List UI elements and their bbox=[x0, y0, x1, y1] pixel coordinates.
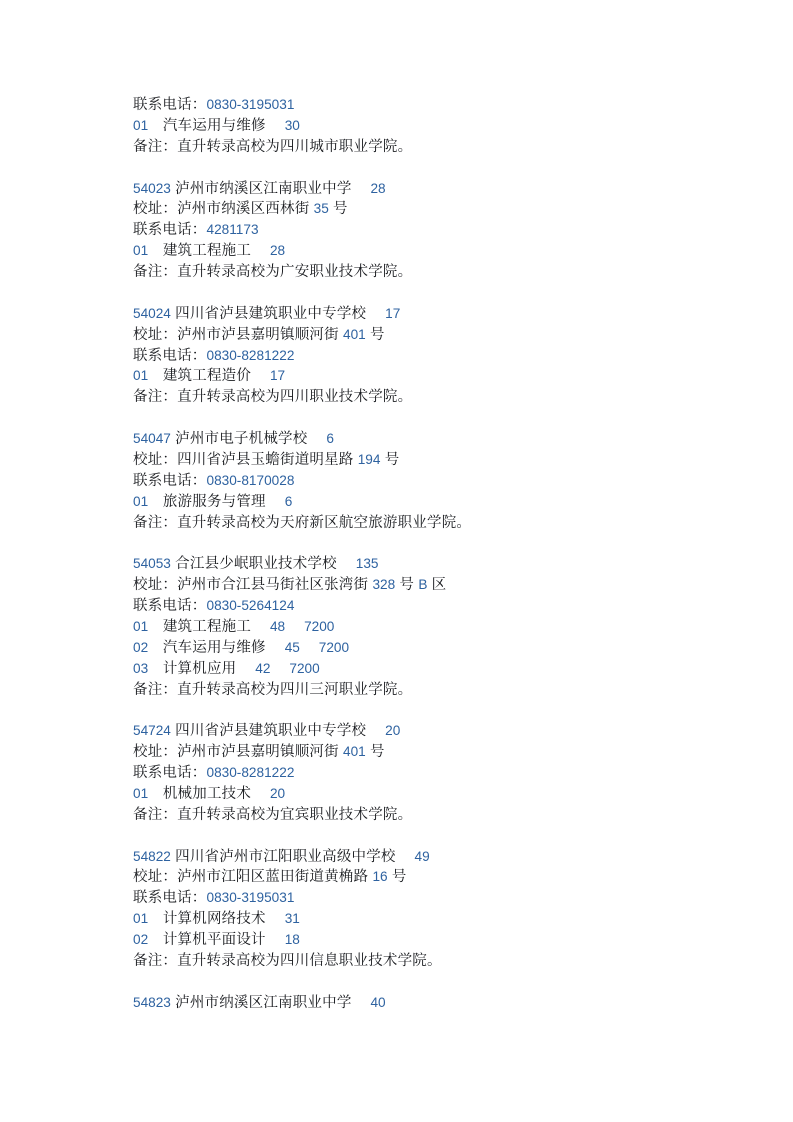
document-page: 联系电话：0830-319503101 汽车运用与维修 30备注：直升转录高校为… bbox=[0, 0, 793, 1122]
text-line: 校址：四川省泸县玉蟾街道明星路 194 号 bbox=[133, 450, 693, 471]
text-line: 校址：泸州市纳溪区西林街 35 号 bbox=[133, 199, 693, 220]
text-line: 校址：泸州市江阳区蓝田街道黄桷路 16 号 bbox=[133, 867, 693, 888]
text-line: 备注：直升转录高校为四川职业技术学院。 bbox=[133, 387, 693, 408]
school-block: 54047 泸州市电子机械学校 6校址：四川省泸县玉蟾街道明星路 194 号联系… bbox=[133, 429, 693, 533]
school-block: 54822 四川省泸州市江阳职业高级中学校 49校址：泸州市江阳区蓝田街道黄桷路… bbox=[133, 847, 693, 972]
blank-line bbox=[133, 700, 693, 721]
text-line: 联系电话：0830-5264124 bbox=[133, 596, 693, 617]
text-line: 01 旅游服务与管理 6 bbox=[133, 492, 693, 513]
text-line: 校址：泸州市合江县马街社区张湾街 328 号 B 区 bbox=[133, 575, 693, 596]
text-line: 校址：泸州市泸县嘉明镇顺河街 401 号 bbox=[133, 325, 693, 346]
document-text: 联系电话：0830-319503101 汽车运用与维修 30备注：直升转录高校为… bbox=[133, 95, 693, 1014]
text-line: 54023 泸州市纳溪区江南职业中学 28 bbox=[133, 179, 693, 200]
text-line: 备注：直升转录高校为四川三河职业学院。 bbox=[133, 680, 693, 701]
text-line: 54053 合江县少岷职业技术学校 135 bbox=[133, 554, 693, 575]
text-line: 01 计算机网络技术 31 bbox=[133, 909, 693, 930]
text-line: 联系电话：0830-3195031 bbox=[133, 888, 693, 909]
text-line: 校址：泸州市泸县嘉明镇顺河街 401 号 bbox=[133, 742, 693, 763]
text-line: 联系电话：0830-8170028 bbox=[133, 471, 693, 492]
school-block: 54024 四川省泸县建筑职业中专学校 17校址：泸州市泸县嘉明镇顺河街 401… bbox=[133, 304, 693, 408]
school-block: 54823 泸州市纳溪区江南职业中学 40 bbox=[133, 993, 693, 1014]
text-line: 03 计算机应用 42 7200 bbox=[133, 659, 693, 680]
text-line: 备注：直升转录高校为广安职业技术学院。 bbox=[133, 262, 693, 283]
text-line: 备注：直升转录高校为四川信息职业技术学院。 bbox=[133, 951, 693, 972]
school-block: 联系电话：0830-319503101 汽车运用与维修 30备注：直升转录高校为… bbox=[133, 95, 693, 158]
school-block: 54724 四川省泸县建筑职业中专学校 20校址：泸州市泸县嘉明镇顺河街 401… bbox=[133, 721, 693, 825]
school-block: 54053 合江县少岷职业技术学校 135校址：泸州市合江县马街社区张湾街 32… bbox=[133, 554, 693, 700]
text-line: 54024 四川省泸县建筑职业中专学校 17 bbox=[133, 304, 693, 325]
text-line: 联系电话：0830-3195031 bbox=[133, 95, 693, 116]
text-line: 01 汽车运用与维修 30 bbox=[133, 116, 693, 137]
text-line: 备注：直升转录高校为四川城市职业学院。 bbox=[133, 137, 693, 158]
text-line: 01 建筑工程造价 17 bbox=[133, 366, 693, 387]
text-line: 54823 泸州市纳溪区江南职业中学 40 bbox=[133, 993, 693, 1014]
text-line: 54822 四川省泸州市江阳职业高级中学校 49 bbox=[133, 847, 693, 868]
school-block: 54023 泸州市纳溪区江南职业中学 28校址：泸州市纳溪区西林街 35 号联系… bbox=[133, 179, 693, 283]
blank-line bbox=[133, 283, 693, 304]
text-line: 备注：直升转录高校为宜宾职业技术学院。 bbox=[133, 805, 693, 826]
text-line: 01 机械加工技术 20 bbox=[133, 784, 693, 805]
text-line: 联系电话：0830-8281222 bbox=[133, 763, 693, 784]
text-line: 01 建筑工程施工 28 bbox=[133, 241, 693, 262]
blank-line bbox=[133, 972, 693, 993]
blank-line bbox=[133, 533, 693, 554]
blank-line bbox=[133, 408, 693, 429]
text-line: 02 汽车运用与维修 45 7200 bbox=[133, 638, 693, 659]
text-line: 54724 四川省泸县建筑职业中专学校 20 bbox=[133, 721, 693, 742]
text-line: 联系电话：4281173 bbox=[133, 220, 693, 241]
text-line: 备注：直升转录高校为天府新区航空旅游职业学院。 bbox=[133, 513, 693, 534]
blank-line bbox=[133, 826, 693, 847]
text-line: 02 计算机平面设计 18 bbox=[133, 930, 693, 951]
text-line: 01 建筑工程施工 48 7200 bbox=[133, 617, 693, 638]
text-line: 联系电话：0830-8281222 bbox=[133, 346, 693, 367]
text-line: 54047 泸州市电子机械学校 6 bbox=[133, 429, 693, 450]
blank-line bbox=[133, 158, 693, 179]
